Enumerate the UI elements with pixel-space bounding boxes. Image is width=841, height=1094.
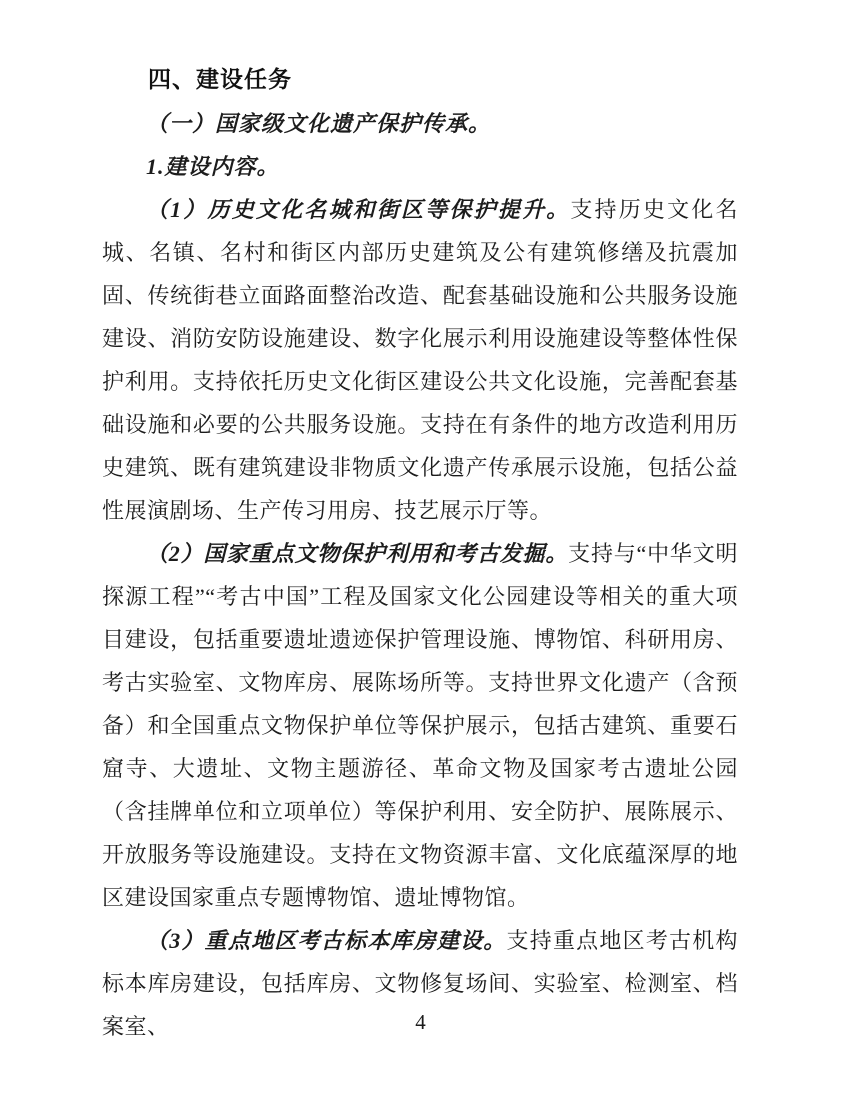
paragraph-2: （2）国家重点文物保护利用和考古发掘。支持与“中华文明探源工程”“考古中国”工程… — [102, 532, 738, 919]
paragraph-1: （1）历史文化名城和街区等保护提升。支持历史文化名城、名镇、名村和街区内部历史建… — [102, 188, 738, 532]
section-heading: 四、建设任务 — [102, 59, 738, 102]
document-page: 四、建设任务 （一）国家级文化遗产保护传承。 1.建设内容。 （1）历史文化名城… — [0, 0, 841, 1094]
paragraph-3-lead: （3）重点地区考古标本库房建设。 — [146, 928, 507, 953]
page-number: 4 — [0, 1010, 841, 1034]
paragraph-2-lead: （2）国家重点文物保护利用和考古发掘。 — [146, 541, 568, 566]
subsection-heading: （一）国家级文化遗产保护传承。 — [102, 102, 738, 145]
item-heading: 1.建设内容。 — [102, 145, 738, 188]
paragraph-1-lead: （1）历史文化名城和街区等保护提升。 — [146, 197, 570, 222]
paragraph-2-body: 支持与“中华文明探源工程”“考古中国”工程及国家文化公园建设等相关的重大项目建设… — [102, 541, 738, 910]
paragraph-1-body: 支持历史文化名城、名镇、名村和街区内部历史建筑及公有建筑修缮及抗震加固、传统街巷… — [102, 197, 738, 523]
